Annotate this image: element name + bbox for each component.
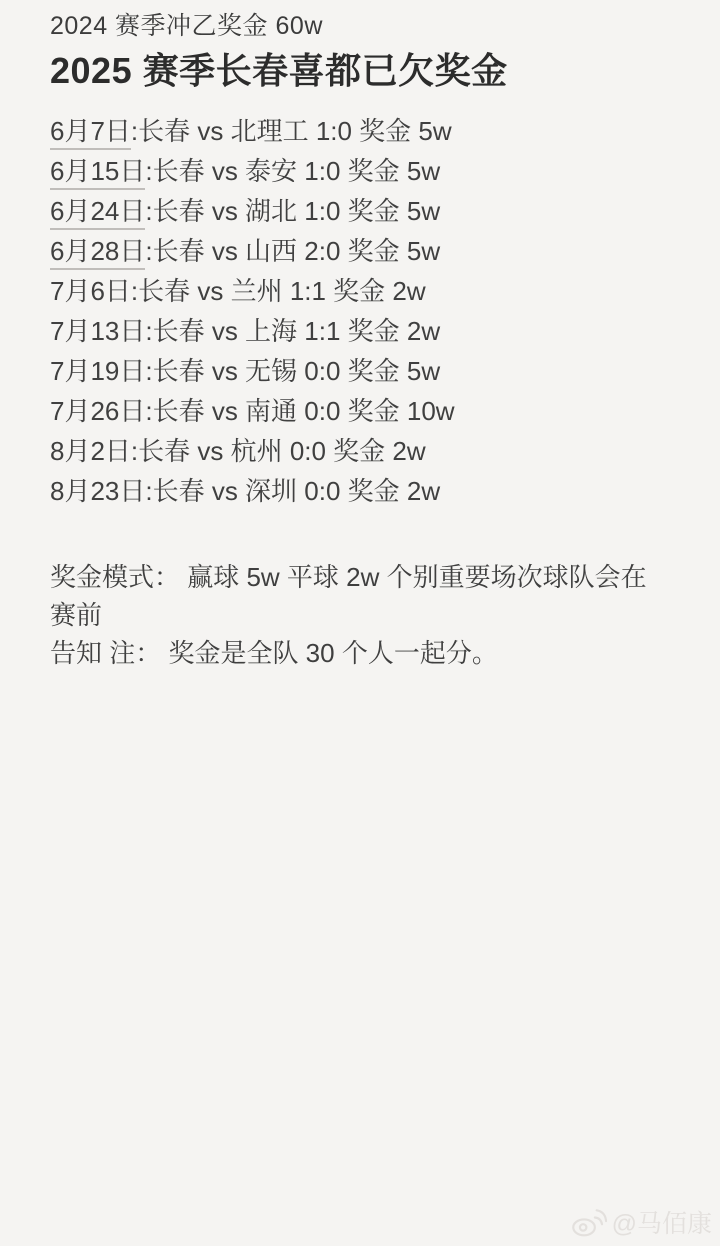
match-row: 7月6日:长春 vs 兰州 1:1 奖金 2w (50, 271, 680, 311)
weibo-logo-icon (571, 1207, 607, 1237)
match-row: 8月23日:长春 vs 深圳 0:0 奖金 2w (50, 471, 680, 511)
match-row: 6月24日:长春 vs 湖北 1:0 奖金 5w (50, 191, 680, 231)
match-date[interactable]: 6月15日 (50, 154, 145, 190)
bonus-note: 奖金模式： 赢球 5w 平球 2w 个别重要场次球队会在赛前 告知 注： 奖金是… (50, 558, 670, 672)
match-row: 6月15日:长春 vs 泰安 1:0 奖金 5w (50, 151, 680, 191)
match-date[interactable]: 6月24日 (50, 194, 145, 230)
match-details: :长春 vs 泰安 1:0 奖金 5w (145, 156, 440, 186)
match-date[interactable]: 7月13日 (50, 314, 145, 348)
match-date[interactable]: 8月23日 (50, 474, 145, 508)
match-details: :长春 vs 杭州 0:0 奖金 2w (131, 436, 426, 466)
previous-season-line: 2024 赛季冲乙奖金 60w (50, 10, 680, 42)
match-details: :长春 vs 无锡 0:0 奖金 5w (145, 356, 440, 386)
bonus-note-line1: 奖金模式： 赢球 5w 平球 2w 个别重要场次球队会在赛前 (50, 562, 647, 630)
match-date[interactable]: 6月28日 (50, 234, 145, 270)
match-details: :长春 vs 上海 1:1 奖金 2w (145, 316, 440, 346)
page-title: 2025 赛季长春喜都已欠奖金 (50, 48, 680, 94)
bonus-note-line2: 告知 注： 奖金是全队 30 个人一起分。 (50, 638, 498, 668)
match-date[interactable]: 7月26日 (50, 394, 145, 428)
match-row: 8月2日:长春 vs 杭州 0:0 奖金 2w (50, 431, 680, 471)
match-date[interactable]: 8月2日 (50, 434, 131, 468)
watermark: @马佰康 (571, 1204, 712, 1240)
match-details: :长春 vs 深圳 0:0 奖金 2w (145, 476, 440, 506)
watermark-handle: @马佰康 (612, 1204, 712, 1240)
match-row: 7月26日:长春 vs 南通 0:0 奖金 10w (50, 391, 680, 431)
match-details: :长春 vs 山西 2:0 奖金 5w (145, 236, 440, 266)
post-image: 2024 赛季冲乙奖金 60w 2025 赛季长春喜都已欠奖金 6月7日:长春 … (0, 0, 720, 672)
match-date[interactable]: 7月19日 (50, 354, 145, 388)
match-details: :长春 vs 北理工 1:0 奖金 5w (131, 116, 452, 146)
match-date[interactable]: 7月6日 (50, 274, 131, 308)
match-row: 6月28日:长春 vs 山西 2:0 奖金 5w (50, 231, 680, 271)
match-row: 6月7日:长春 vs 北理工 1:0 奖金 5w (50, 111, 680, 151)
match-details: :长春 vs 兰州 1:1 奖金 2w (131, 276, 426, 306)
match-details: :长春 vs 湖北 1:0 奖金 5w (145, 196, 440, 226)
match-list: 6月7日:长春 vs 北理工 1:0 奖金 5w 6月15日:长春 vs 泰安 … (50, 111, 680, 511)
match-details: :长春 vs 南通 0:0 奖金 10w (145, 396, 454, 426)
match-row: 7月19日:长春 vs 无锡 0:0 奖金 5w (50, 351, 680, 391)
match-date[interactable]: 6月7日 (50, 114, 131, 150)
match-row: 7月13日:长春 vs 上海 1:1 奖金 2w (50, 311, 680, 351)
